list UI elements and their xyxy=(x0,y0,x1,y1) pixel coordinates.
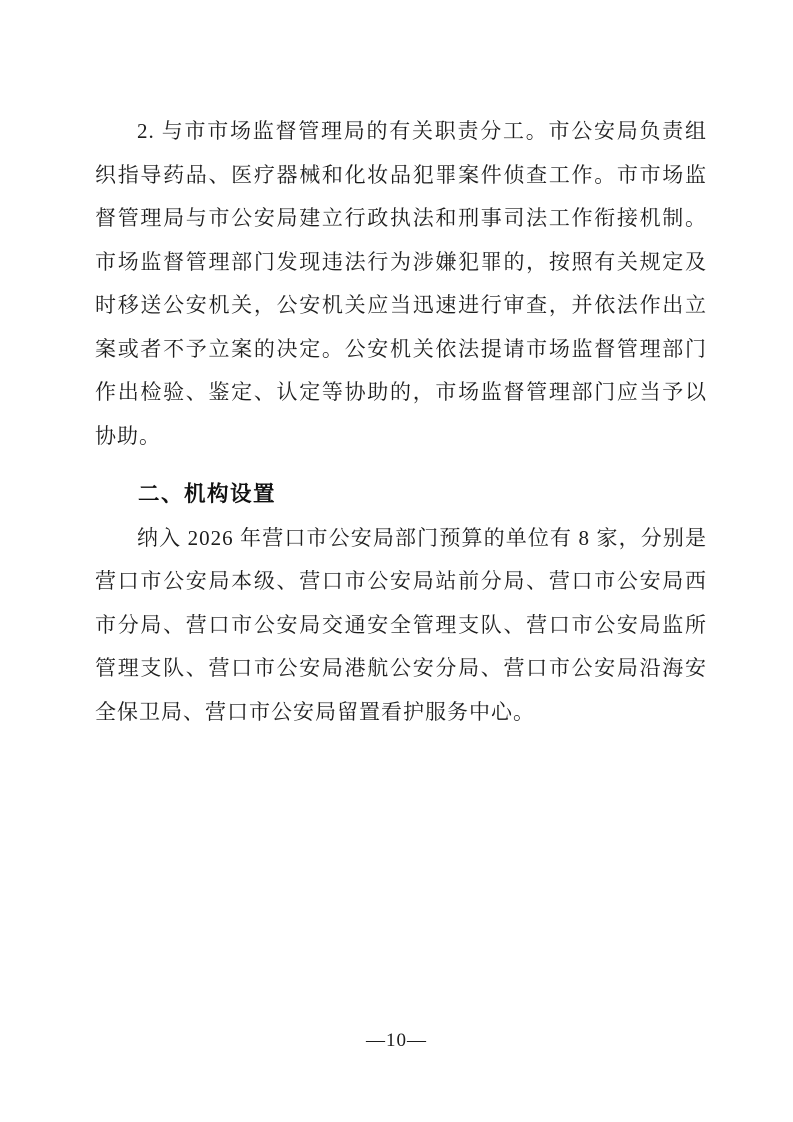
body-paragraph-2: 纳入 2026 年营口市公安局部门预算的单位有 8 家，分别是营口市公安局本级、… xyxy=(95,517,707,735)
body-paragraph-1: 2. 与市市场监督管理局的有关职责分工。市公安局负责组织指导药品、医疗器械和化妆… xyxy=(95,110,707,458)
section-heading: 二、机构设置 xyxy=(95,473,707,517)
document-page: 2. 与市市场监督管理局的有关职责分工。市公安局负责组织指导药品、医疗器械和化妆… xyxy=(0,0,793,1122)
page-number: —10— xyxy=(0,1028,793,1054)
document-content: 2. 与市市场监督管理局的有关职责分工。市公安局负责组织指导药品、医疗器械和化妆… xyxy=(95,110,707,734)
